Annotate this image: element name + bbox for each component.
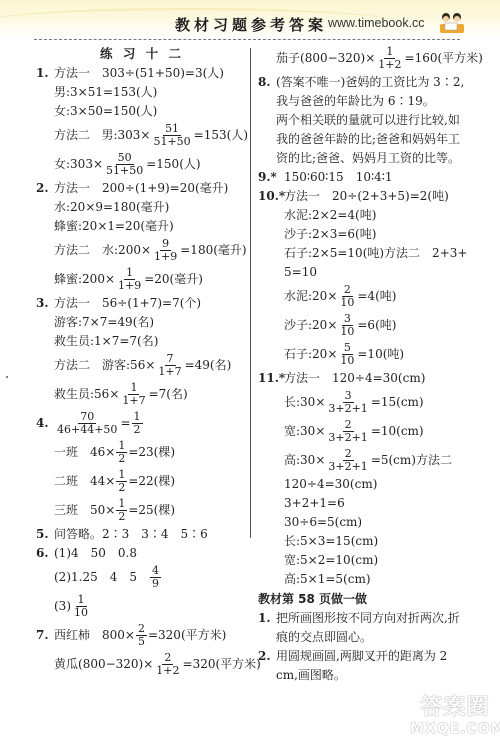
expression-suffix: =22(棵) [128, 474, 175, 488]
denominator: 10 [72, 607, 90, 619]
p11-height: 高:30× 23+2+1 =5(cm)方法二 [258, 446, 468, 475]
problem-number: 6. [36, 546, 54, 560]
expression-suffix: =23(棵) [128, 445, 175, 459]
expression-prefix: 800× [102, 628, 135, 642]
p11-m2-line: 宽:5×2=10(cm) [258, 551, 468, 570]
expression-suffix: =150(人) [146, 157, 200, 171]
watermark-url: MXQE.COM [410, 721, 500, 737]
method-label: 方法二 [54, 358, 90, 372]
expression: 蜂蜜:20×1=20(毫升) [54, 219, 174, 233]
right-column: 茄子 (800−320)× 11+2 =160(平方米) 8. (答案不唯一)爸… [258, 44, 468, 685]
p10-cement: 水泥:2×2=4(吨) [258, 206, 468, 225]
fraction: 12 [116, 469, 127, 493]
fraction: 23+2+1 [326, 419, 369, 443]
expression-suffix: =6(吨) [357, 318, 396, 332]
problem-number: 2. [36, 181, 54, 195]
denominator: 46+44+50 [55, 424, 119, 436]
p4-class1: 一班 46× 12 =23(棵) [36, 438, 248, 467]
expression-prefix: 水泥:20× [284, 289, 337, 303]
expression: 女:3×50=150(人) [54, 104, 157, 118]
p11-m2-line: 30÷6=5(cm) [258, 513, 468, 532]
page-header-title: 教材习题参考答案 [175, 14, 327, 35]
expression: 宽:5×2=10(cm) [284, 553, 378, 567]
page58-item-1: 1. 把所画图形按不同方向对折两次,折痕的交点即圆心。 [258, 609, 468, 647]
p2-method2-water: 方法二 水:200× 91+9 =180(毫升) [36, 236, 248, 265]
p1-method2-boy: 方法二 男:303× 5151+50 =153(人) [36, 121, 248, 150]
denominator: 1+7 [156, 366, 183, 378]
p11-m2-line: 3+2+1=6 [258, 494, 468, 513]
denominator: 10 [338, 326, 356, 338]
problem-number: 7. [36, 628, 54, 642]
method-label: 方法二 [54, 128, 90, 142]
answer-text: 150∶60∶15 10∶4∶1 [284, 170, 392, 184]
fraction: 310 [338, 313, 356, 337]
p11-m2-line: 长:5×3=15(cm) [258, 532, 468, 551]
two-children-reading-icon [437, 12, 467, 36]
expression-suffix: =180(毫升) [180, 243, 246, 257]
answer-text: (答案不唯一)爸妈的工资比为 3∶2,我与爸爸的年龄比为 6∶19。 [276, 73, 466, 111]
fraction: 510 [338, 342, 356, 366]
p11-width: 宽:30× 23+2+1 =10(cm) [258, 417, 468, 446]
fraction: 12 [116, 440, 127, 464]
fraction: 11+7 [120, 382, 147, 406]
denominator: 1+9 [152, 251, 179, 263]
expression-prefix: 救生员:56× [54, 387, 119, 401]
denominator: 51+50 [151, 136, 192, 148]
denominator: 5 [136, 636, 147, 648]
p3-method1: 3. 方法一 56÷(1+7)=7(个) [36, 294, 248, 313]
expression-prefix: 50× [90, 503, 115, 517]
expression: 30÷6=5(cm) [284, 515, 362, 529]
left-column: 练 习 十 二 1. 方法一 303÷(51+50)=3(人) 男:3×51=1… [36, 44, 248, 679]
expression-suffix: =25(棵) [128, 503, 175, 517]
crop-label: 黄瓜 [54, 657, 78, 671]
expression-prefix: 游客:56× [102, 358, 155, 372]
p7-tomato: 7. 西红柿 800× 25 =320(平方米) [36, 621, 248, 650]
fraction: 91+9 [152, 238, 179, 262]
p2-honey: 蜂蜜:20×1=20(毫升) [36, 217, 248, 236]
expression-suffix: =10(cm) [371, 424, 424, 438]
denominator: 3+2+1 [326, 432, 369, 444]
p11-m2-line: 120÷4=30(cm) [258, 475, 468, 494]
problem-number: 9.* [258, 170, 284, 184]
p3-tourist: 游客:7×7=49(名) [36, 313, 248, 332]
watermark-text: 答案圈 [410, 690, 500, 721]
denominator: 10 [338, 355, 356, 367]
problem-number: 5. [36, 527, 54, 541]
expression-prefix: 水:200× [102, 243, 151, 257]
p4-class3: 三班 50× 12 =25(棵) [36, 496, 248, 525]
expression-prefix: 男:303× [101, 128, 150, 142]
expression: 200÷(1+9)=20(毫升) [102, 181, 228, 195]
denominator: 51+50 [104, 165, 145, 177]
problem-number: 4. [36, 416, 54, 430]
expression-suffix: =49(名) [185, 358, 232, 372]
fraction: 23+2+1 [326, 448, 369, 472]
header-url: www.timebook.cc [328, 16, 425, 30]
expression: 高:5×1=5(cm) [284, 572, 371, 586]
page58-title: 教材第 58 页做一做 [258, 589, 468, 609]
watermark-logo: 答案圈 MXQE.COM [410, 690, 500, 737]
expression-prefix: 44× [90, 474, 115, 488]
p10-m2-sand: 沙子:20× 310 =6(吨) [258, 311, 468, 340]
crop-label: 茄子 [276, 51, 300, 65]
stray-dot [6, 376, 8, 378]
p5: 5. 问答略。2∶3 3∶4 5∶6 [36, 525, 248, 544]
expression: 120÷4=30(cm) [284, 477, 377, 491]
method-label: 方法一 [54, 296, 90, 310]
fraction: 5051+50 [104, 152, 145, 176]
denominator: 2 [116, 482, 127, 494]
expression-suffix: =15(cm) [371, 395, 424, 409]
p1-method1: 1. 方法一 303÷(51+50)=3(人) [36, 64, 248, 83]
fraction: 11+9 [116, 267, 143, 291]
expression: 5=10 [284, 265, 317, 279]
expression-prefix: 长:30× [284, 395, 325, 409]
denominator: 10 [338, 297, 356, 309]
denominator: 9 [150, 578, 161, 590]
item-number: 1. [258, 609, 276, 628]
item-number: 2. [258, 647, 276, 666]
p10-m2-cement: 水泥:20× 210 =4(吨) [258, 282, 468, 311]
p10-sand: 沙子:2×3=6(吨) [258, 225, 468, 244]
p1-girl: 女:3×50=150(人) [36, 102, 248, 121]
problem-number: 11.* [258, 371, 284, 385]
denominator: 3+2+1 [326, 461, 369, 473]
denominator: 1+7 [120, 395, 147, 407]
expression-prefix: 高:30× [284, 453, 325, 467]
denominator: 2 [132, 424, 143, 436]
p11-length: 长:30× 33+2+1 =15(cm) [258, 388, 468, 417]
section-title: 练 习 十 二 [36, 44, 248, 64]
answer-text: 问答略。2∶3 3∶4 5∶6 [54, 527, 208, 541]
fraction: 12 [132, 411, 143, 435]
equals-sign: = [120, 416, 130, 430]
answer-text: (3) [54, 599, 71, 613]
p3-method2-tourist: 方法二 游客:56× 71+7 =49(名) [36, 351, 248, 380]
expression-suffix: =153(人) [194, 128, 248, 142]
expression: 游客:7×7=49(名) [54, 315, 154, 329]
problem-number: 1. [36, 66, 54, 80]
expression: 120÷4=30(cm) [332, 371, 425, 385]
expression: 水泥:2×2=4(吨) [284, 208, 376, 222]
denominator: 3+2+1 [326, 403, 369, 415]
header-divider [34, 39, 460, 40]
expression: 救生员:1×7=7(名) [54, 334, 158, 348]
denominator: 2 [116, 511, 127, 523]
fraction: 71+7 [156, 353, 183, 377]
fraction: 25 [136, 623, 147, 647]
p11-method1: 11.* 方法一 120÷4=30(cm) [258, 369, 468, 388]
expression: 56÷(1+7)=7(个) [102, 296, 201, 310]
expression-suffix: =10(吨) [357, 347, 404, 361]
expression: 水:20×9=180(毫升) [54, 200, 169, 214]
denominator: 1+2 [154, 665, 181, 677]
p6-c: (3) 110 [36, 592, 248, 621]
p4-main: 4. 7046+44+50 = 12 [36, 409, 248, 438]
answer-text: 把所画图形按不同方向对折两次,折痕的交点即圆心。 [276, 609, 466, 647]
fraction: 49 [150, 565, 161, 589]
p4-class2: 二班 44× 12 =22(棵) [36, 467, 248, 496]
expression: 男:3×51=153(人) [54, 85, 157, 99]
expression-prefix: (800−320)× [300, 51, 375, 65]
answer-text: 两个相关联的量就可以进行比较,如我的爸爸年龄的比;爸爸和妈妈年工资的比;爸爸、妈… [276, 111, 466, 168]
expression-prefix: 蜂蜜:200× [54, 272, 115, 286]
p10-stone-cont: 5=10 [258, 263, 468, 282]
p1-boy: 男:3×51=153(人) [36, 83, 248, 102]
p3-lifeguard: 救生员:1×7=7(名) [36, 332, 248, 351]
p1-method2-girl: 女:303× 5051+50 =150(人) [36, 150, 248, 179]
p10-stone: 石子:2×5=10(吨)方法二 2+3+ [258, 244, 468, 263]
p2-method2-honey: 蜂蜜:200× 11+9 =20(毫升) [36, 265, 248, 294]
crop-label: 西红柿 [54, 628, 90, 642]
p8: 8. (答案不唯一)爸妈的工资比为 3∶2,我与爸爸的年龄比为 6∶19。 两个… [258, 73, 468, 168]
fraction: 12 [116, 498, 127, 522]
expression-suffix: =320(平方米) [148, 628, 226, 642]
method-label: 方法二 [54, 243, 90, 257]
class-label: 三班 [54, 503, 78, 517]
expression: 3+2+1=6 [284, 496, 345, 510]
expression-suffix: =20(毫升) [144, 272, 203, 286]
p11-m2-line: 高:5×1=5(cm) [258, 570, 468, 589]
problem-number: 8. [258, 73, 276, 92]
expression-prefix: 沙子:20× [284, 318, 337, 332]
class-label: 二班 [54, 474, 78, 488]
p7-eggplant: 茄子 (800−320)× 11+2 =160(平方米) [258, 44, 468, 73]
expression-suffix: =160(平方米) [405, 51, 483, 65]
expression: 303÷(51+50)=3(人) [102, 66, 224, 80]
problem-number: 10.* [258, 189, 284, 203]
problem-number: 3. [36, 296, 54, 310]
expression-prefix: 46× [90, 445, 115, 459]
fraction: 33+2+1 [326, 390, 369, 414]
p3-method2-lifeguard: 救生员:56× 11+7 =7(名) [36, 380, 248, 409]
p2-water: 水:20×9=180(毫升) [36, 198, 248, 217]
p10-m2-stone: 石子:20× 510 =10(吨) [258, 340, 468, 369]
denominator: 1+9 [116, 280, 143, 292]
answer-text: 用圆规画圆,两脚叉开的距离为 2 cm,画图略。 [276, 647, 466, 685]
p10-method1: 10.* 方法一 20÷(2+3+5)=2(吨) [258, 187, 468, 206]
method-label: 方法一 [54, 181, 90, 195]
expression-prefix: (800−320)× [78, 657, 153, 671]
expression-prefix: 宽:30× [284, 424, 325, 438]
expression-prefix: 石子:20× [284, 347, 337, 361]
method-label: 方法一 [284, 371, 320, 385]
p6-a: 6. (1)4 50 0.8 [36, 544, 248, 563]
fraction: 7046+44+50 [55, 411, 119, 435]
denominator: 1+2 [376, 59, 403, 71]
expression-prefix: 女:303× [54, 157, 103, 171]
fraction: 5151+50 [151, 123, 192, 147]
p6-b: (2)1.25 4 5 49 [36, 563, 248, 592]
column-divider [250, 48, 251, 538]
answer-text: (2)1.25 4 5 [54, 570, 149, 584]
page58-item-2: 2. 用圆规画圆,两脚叉开的距离为 2 cm,画图略。 [258, 647, 468, 685]
p9: 9.* 150∶60∶15 10∶4∶1 [258, 168, 468, 187]
expression: 长:5×3=15(cm) [284, 534, 378, 548]
expression: 沙子:2×3=6(吨) [284, 227, 376, 241]
method-label: 方法一 [54, 66, 90, 80]
p7-cucumber: 黄瓜 (800−320)× 21+2 =320(平方米) [36, 650, 248, 679]
expression-suffix: =320(平方米) [183, 657, 261, 671]
expression-suffix: =4(吨) [357, 289, 396, 303]
method-label: 方法一 [284, 189, 320, 203]
fraction: 21+2 [154, 652, 181, 676]
fraction: 11+2 [376, 46, 403, 70]
expression: 20÷(2+3+5)=2(吨) [332, 189, 449, 203]
denominator: 2 [116, 453, 127, 465]
fraction: 110 [72, 594, 90, 618]
class-label: 一班 [54, 445, 78, 459]
expression: 石子:2×5=10(吨)方法二 2+3+ [284, 246, 467, 260]
answer-text: (1)4 50 0.8 [54, 546, 137, 560]
p2-method1: 2. 方法一 200÷(1+9)=20(毫升) [36, 179, 248, 198]
expression-suffix: =5(cm)方法二 [371, 453, 452, 467]
fraction: 210 [338, 284, 356, 308]
expression-suffix: =7(名) [149, 387, 188, 401]
